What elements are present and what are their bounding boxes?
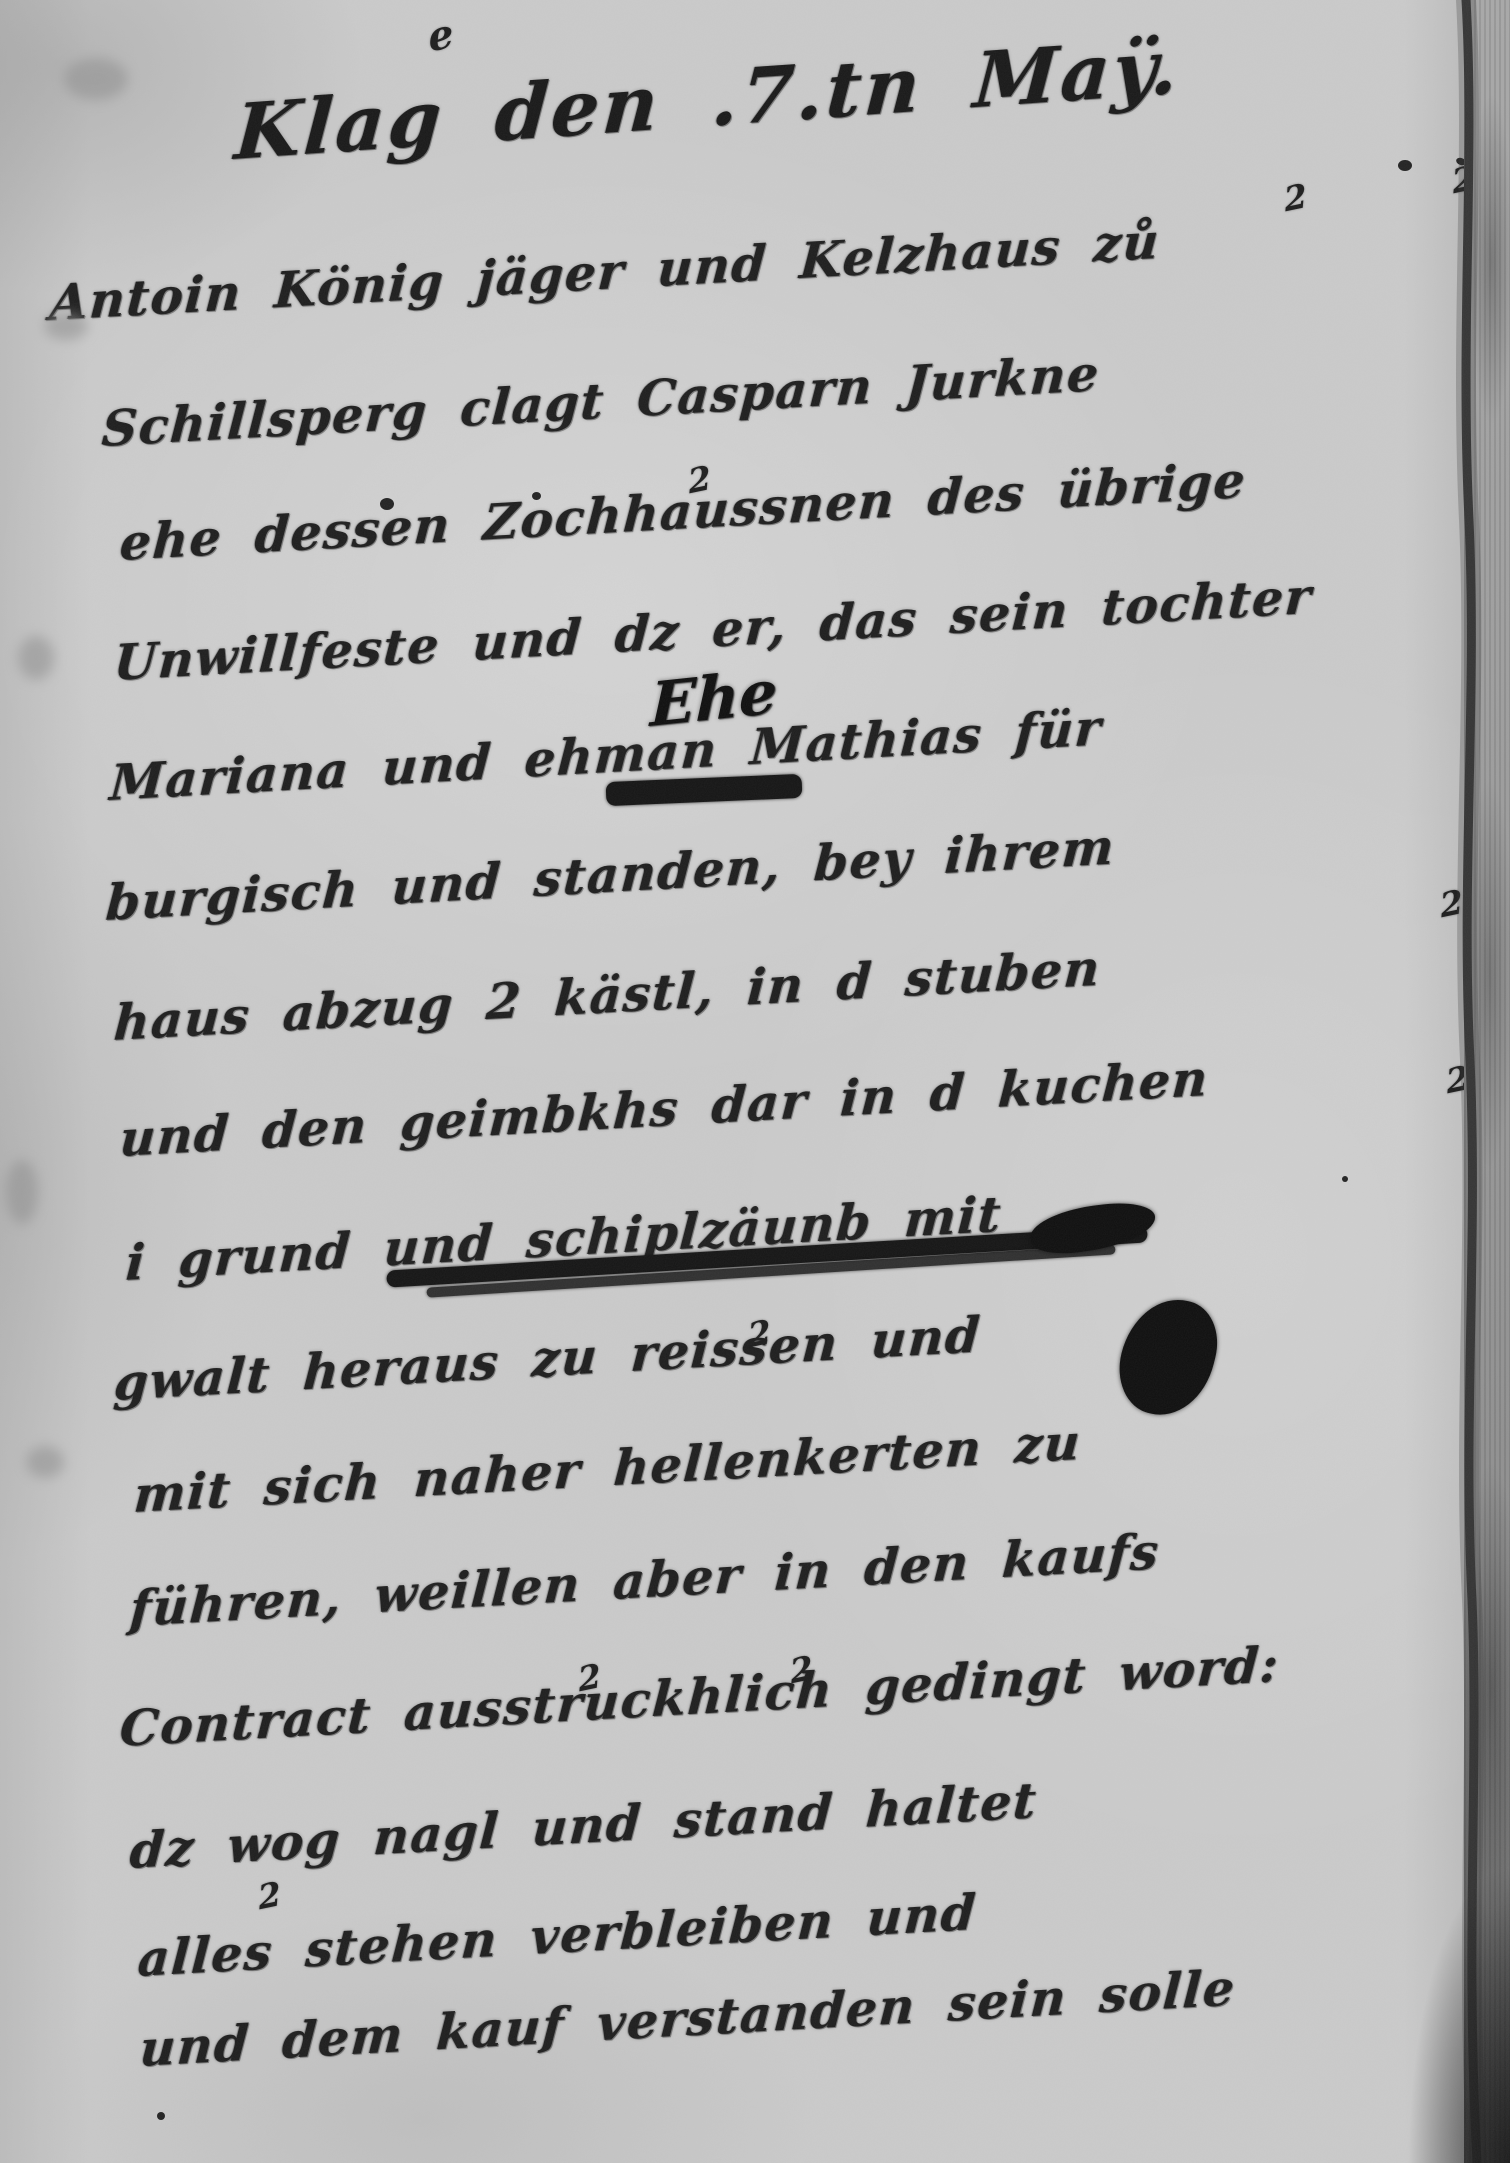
manuscript-page: Klag den .7.tn Maÿ. Antoin König jäger u… [0,0,1510,2163]
smudge [64,58,128,100]
diacritic-mark: 2 [576,1656,603,1700]
manuscript-line: und den geimbkhs dar in d kuchen [118,1047,1211,1170]
ink-speck [1342,1176,1348,1182]
diacritic-mark: e [426,9,456,61]
ink-blot [1109,1289,1227,1426]
diacritic-mark: 2 [686,458,713,502]
manuscript-line: i grund und schiplzäunb mit [124,1183,1004,1294]
diacritic-mark: 2 [256,1874,283,1918]
diacritic-mark: 2 [788,1648,815,1692]
manuscript-line: Antoin König jäger und Kelzhaus zů [48,210,1162,334]
diacritic-mark: 2 [1282,176,1309,220]
ink-speck [157,2112,165,2120]
diacritic-mark: 2 [746,1312,773,1356]
ink-speck [380,498,394,510]
manuscript-line: Contract ausstruckhlich gedingt word: [118,1633,1282,1760]
manuscript-line: gwalt heraus zu reissen und [112,1303,983,1414]
smudge [6,1160,38,1224]
manuscript-line: dz wog nagl und stand haltet [128,1769,1039,1882]
ink-speck [532,492,541,500]
smudge [26,1446,64,1478]
manuscript-line: burgisch und standen, bey ihrem [104,815,1117,934]
heading-line: Klag den .7.tn Maÿ. [232,21,1184,178]
corner-shadow [1360,1693,1510,2163]
manuscript-line: Schillsperg clagt Casparn Jurkne [100,342,1102,460]
manuscript-line: führen, weillen aber in den kaufs [128,1520,1162,1640]
smudge [18,636,54,680]
ink-blot [1028,1197,1159,1258]
manuscript-line: haus abzug 2 kästl, in d stuben [112,937,1103,1054]
manuscript-line: mit sich naher hellenkerten zu [132,1411,1083,1526]
inserted-word: Ehe [649,657,778,741]
manuscript-line: ehe dessen Zochhaussnen des übrige [118,449,1248,574]
smudge [44,312,88,340]
ink-speck [1398,160,1412,171]
diacritic-mark: 2 [1438,882,1465,926]
